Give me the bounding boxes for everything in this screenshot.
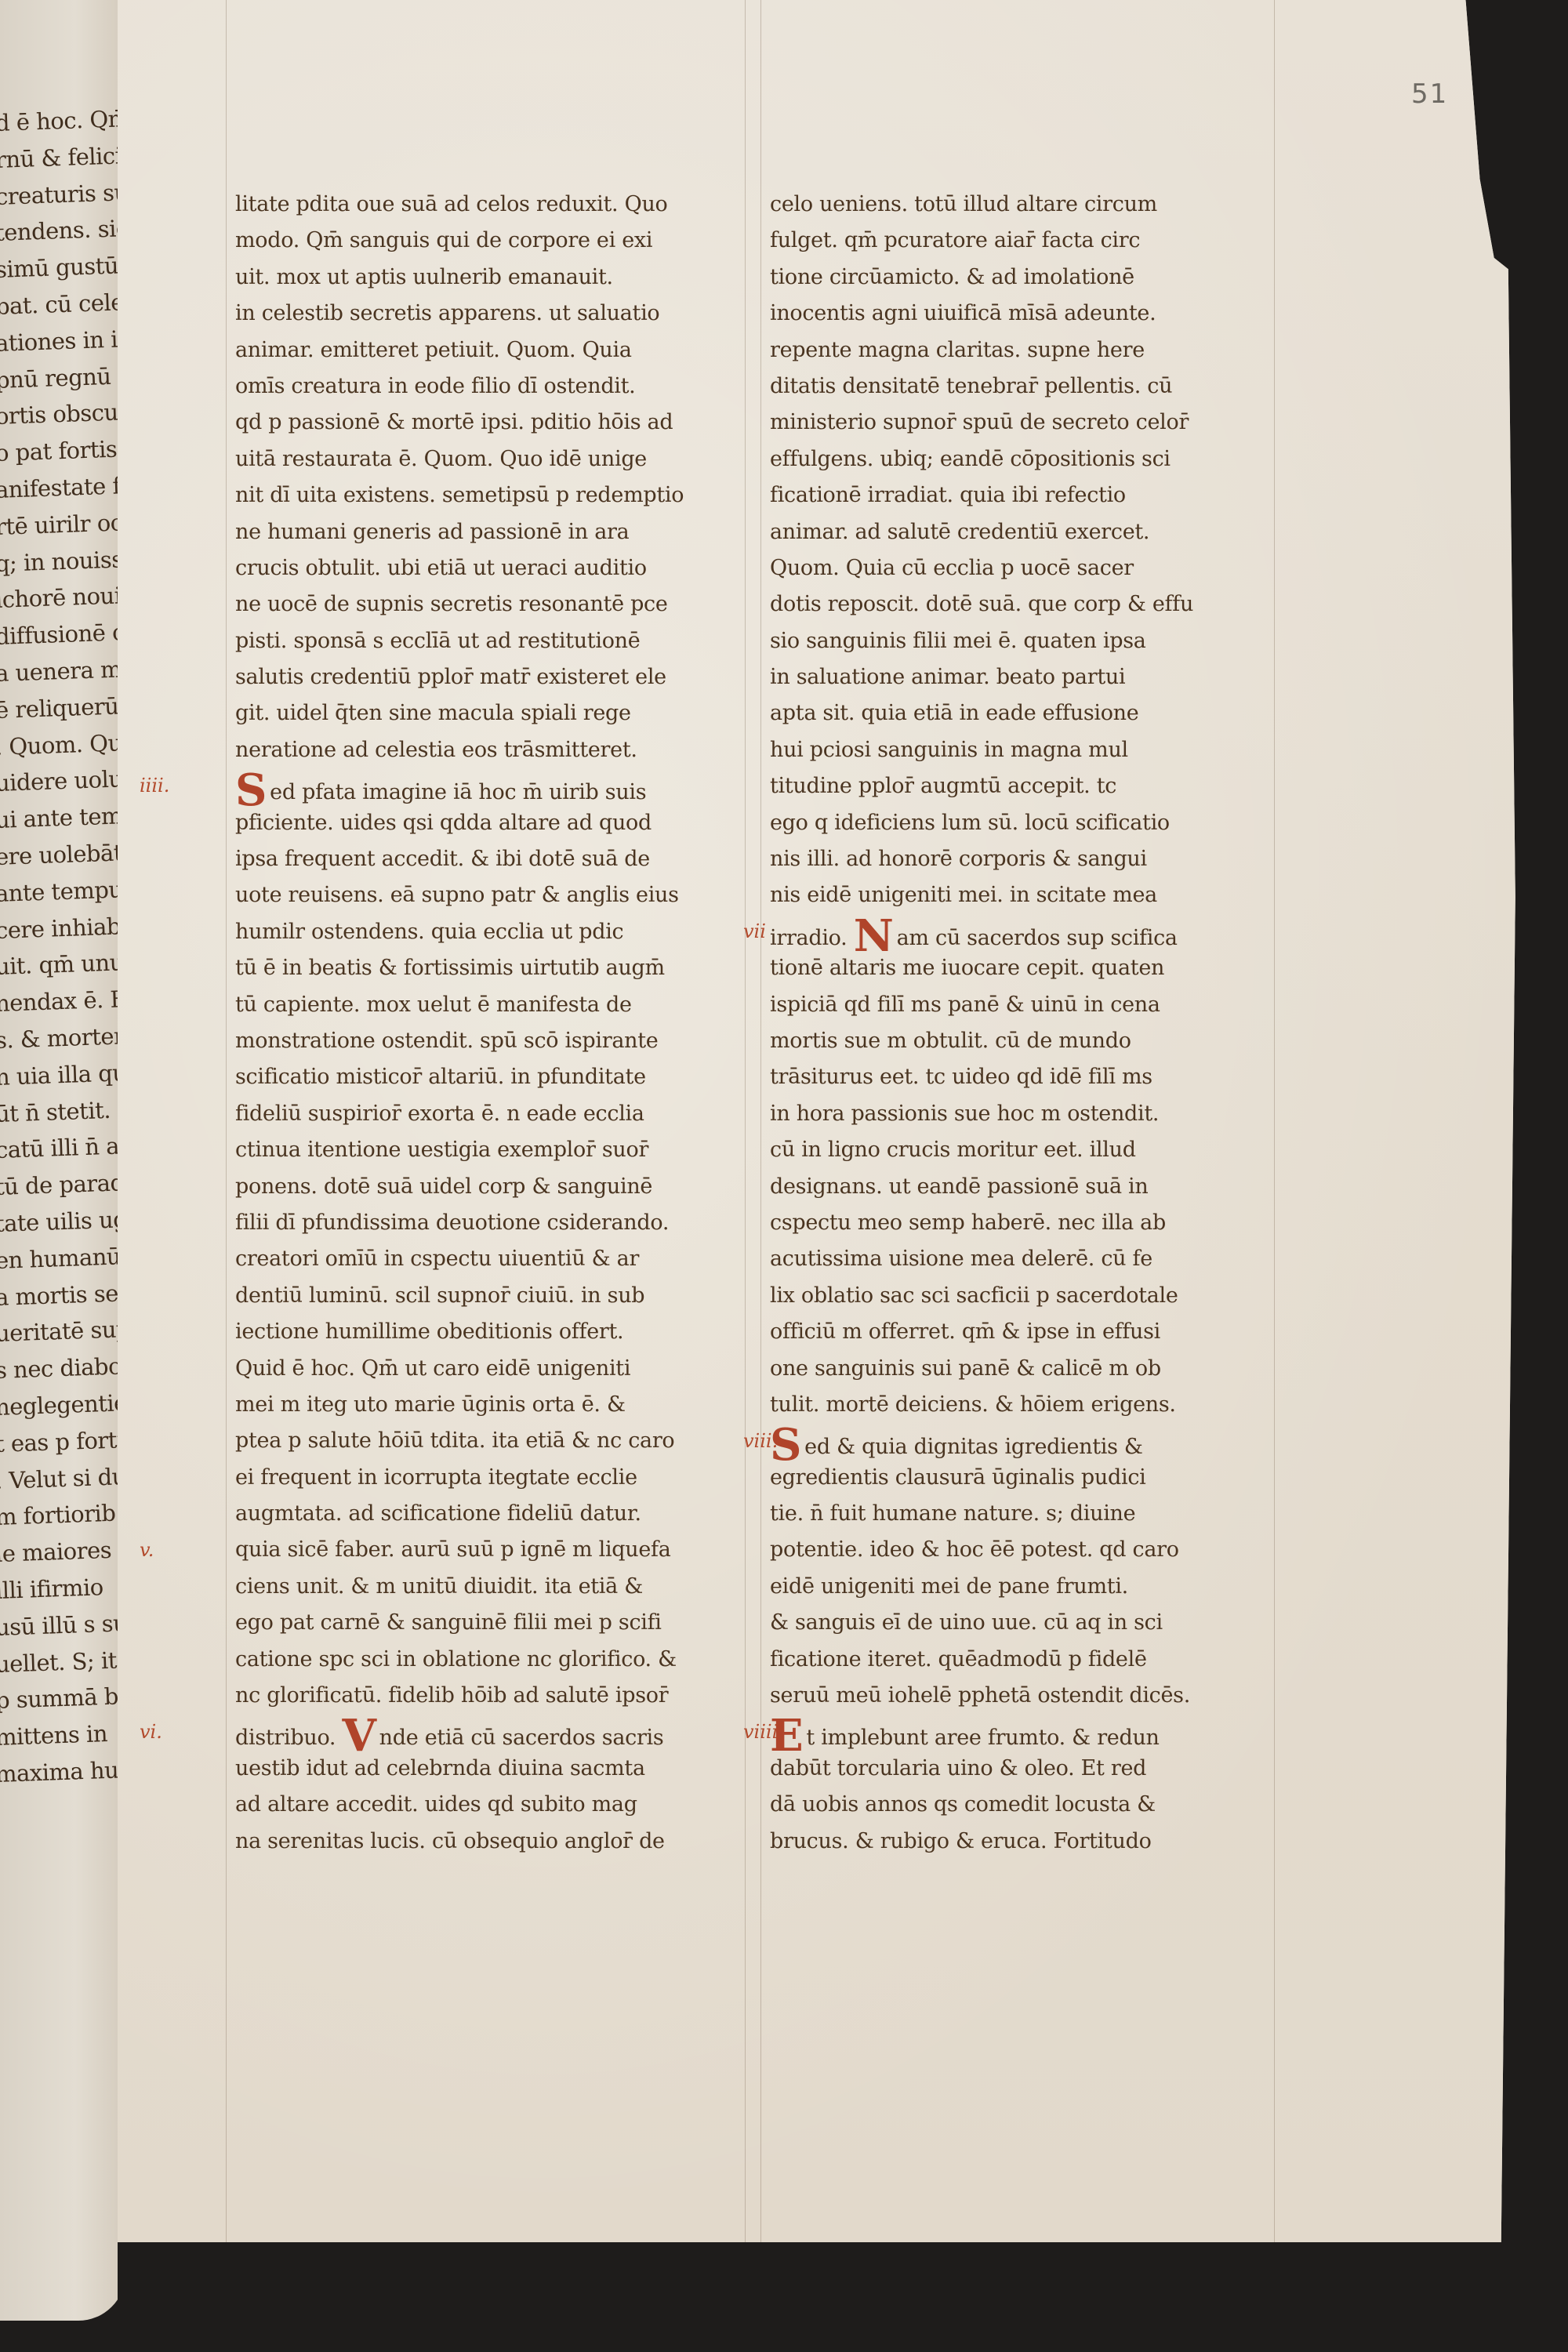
line-text: acutissima uisione mea delerē. cū fe: [770, 1247, 1152, 1271]
manuscript-line: dabūt torcularia uino & oleo. Et red: [770, 1751, 1272, 1787]
manuscript-line: inocentis agni uiuificā mīsā adeunte.: [770, 296, 1272, 332]
facing-page-line: ueritatē supbe: [0, 1315, 125, 1347]
manuscript-line: nit dī uita existens. semetipsū p redemp…: [235, 477, 737, 514]
facing-page-line: ere uolebāt.: [0, 839, 125, 870]
facing-page-line: ationes in ipso: [0, 325, 125, 357]
facing-page-line: ui ante temp: [0, 802, 125, 833]
manuscript-line: nis eidē unigeniti mei. in scitate mea: [770, 877, 1272, 913]
manuscript-line: acutissima uisione mea delerē. cū fe: [770, 1241, 1272, 1277]
manuscript-line: animar. ad salutē credentiū exercet.: [770, 514, 1272, 550]
manuscript-line: ne humani generis ad passionē in ara: [235, 514, 737, 550]
manuscript-line: eidē unigeniti mei de pane frumti.: [770, 1569, 1272, 1605]
manuscript-line: ipsa frequent accedit. & ibi dotē suā de: [235, 841, 737, 877]
marginal-numeral: v.: [140, 1539, 154, 1561]
manuscript-line: pisti. sponsā s ecclīā ut ad restitution…: [235, 623, 737, 659]
ruling-line: [226, 0, 227, 2242]
marginal-numeral: viii.: [743, 1430, 778, 1452]
manuscript-line: quia sicē faber. aurū suū p ignē m lique…: [235, 1532, 737, 1568]
manuscript-line: modo. Qm̄ sanguis qui de corpore ei exi: [235, 223, 737, 259]
manuscript-line: & sanguis eī de uino uue. cū aq in sci: [770, 1605, 1272, 1641]
line-text: nde etiā cū sacerdos sacris: [379, 1726, 664, 1750]
facing-page-line: s nec diaboli: [0, 1352, 125, 1384]
line-text: tione circūamicto. & ad imolationē: [770, 265, 1134, 289]
facing-page-line: ē reliquerūt.: [0, 692, 125, 724]
manuscript-line: Sed pfata imagine iā hoc m̄ uirib suis: [235, 768, 737, 804]
manuscript-line: creatori omīū in cspectu uiuentiū & ar: [235, 1241, 737, 1277]
line-text: dā uobis annos qs comedit locusta &: [770, 1792, 1156, 1817]
line-text: titudine pplor̄ augmtū accepit. tc: [770, 774, 1116, 798]
line-text: crucis obtulit. ubi etiā ut ueraci audit…: [235, 556, 647, 580]
line-text: fulget. qm̄ pcuratore aiar̄ facta circ: [770, 228, 1140, 252]
facing-page-line: ūt n̄ stetit.: [0, 1096, 111, 1127]
manuscript-line: ficatione iteret. quēadmodū p fidelē: [770, 1642, 1272, 1678]
manuscript-line: omīs creatura in eode filio dī ostendit.: [235, 368, 737, 405]
facing-page-line: ichorē nouita: [0, 582, 125, 614]
manuscript-line: distribuo. Vnde etiā cū sacerdos sacris: [235, 1714, 737, 1750]
manuscript-line: mei m iteg uto marie ūginis orta ē. &: [235, 1387, 737, 1423]
manuscript-line: Sed & quia dignitas igredientis &: [770, 1423, 1272, 1459]
manuscript-line: sio sanguinis filii mei ē. quaten ipsa: [770, 623, 1272, 659]
facing-page-line: le maiores: [0, 1537, 112, 1567]
line-text: ipsa frequent accedit. & ibi dotē suā de: [235, 847, 650, 871]
manuscript-line: augmtata. ad scificatione fideliū datur.: [235, 1496, 737, 1532]
manuscript-line: in hora passionis sue hoc m ostendit.: [770, 1096, 1272, 1132]
line-text: augmtata. ad scificatione fideliū datur.: [235, 1501, 641, 1526]
line-text: na serenitas lucis. cū obsequio anglor̄ …: [235, 1829, 665, 1853]
line-text: quia sicē faber. aurū suū p ignē m lique…: [235, 1537, 671, 1562]
manuscript-line: qd p passionē & mortē ipsi. pditio hōis …: [235, 405, 737, 441]
manuscript-line: ego q ideficiens lum sū. locū scificatio: [770, 805, 1272, 841]
marginal-numeral: vii: [743, 920, 766, 942]
facing-page-verso: d ē hoc. Qm̄ dsrnū & felicitatūcreaturis…: [0, 0, 125, 2321]
manuscript-line: effulgens. ubiq; eandē cōpositionis sci: [770, 441, 1272, 477]
facing-page-line: uit. qm̄ unus: [0, 949, 125, 980]
line-text: cspectu meo semp haberē. nec illa ab: [770, 1210, 1166, 1235]
manuscript-line: lix oblatio sac sci sacficii p sacerdota…: [770, 1278, 1272, 1314]
manuscript-line: Quid ē hoc. Qm̄ ut caro eidē unigeniti: [235, 1351, 737, 1387]
line-text: apta sit. quia etiā in eade effusione: [770, 701, 1138, 725]
line-text: tulit. mortē deiciens. & hōiem erigens.: [770, 1392, 1176, 1417]
manuscript-line: pficiente. uides qsi qdda altare ad quod: [235, 805, 737, 841]
manuscript-line: tie. n̄ fuit humane nature. s; diuine: [770, 1496, 1272, 1532]
manuscript-line: designans. ut eandē passionē suā in: [770, 1169, 1272, 1205]
facing-page-line: ortis obscuratū: [0, 397, 125, 430]
line-text: egredientis clausurā ūginalis pudici: [770, 1465, 1146, 1490]
line-text: hui pciosi sanguinis in magna mul: [770, 738, 1128, 762]
manuscript-line: potentie. ideo & hoc ēē potest. qd caro: [770, 1532, 1272, 1568]
manuscript-line: monstratione ostendit. spū scō ispirante: [235, 1023, 737, 1059]
manuscript-line: ispiciā qd filī ms panē & uinū in cena: [770, 987, 1272, 1023]
manuscript-line: fulget. qm̄ pcuratore aiar̄ facta circ: [770, 223, 1272, 259]
manuscript-line: tū capiente. mox uelut ē manifesta de: [235, 987, 737, 1023]
line-text: am cū sacerdos sup scifica: [897, 926, 1178, 950]
manuscript-line: ego pat carnē & sanguinē filii mei p sci…: [235, 1605, 737, 1641]
line-text: iectione humillime obeditionis offert.: [235, 1319, 623, 1344]
facing-page-line: anifestate fē.: [0, 472, 125, 503]
manuscript-line: ditatis densitatē tenebrar̄ pellentis. c…: [770, 368, 1272, 405]
line-text: Quom. Quia cū ecclia p uocē sacer: [770, 556, 1134, 580]
line-text: humilr ostendens. quia ecclia ut pdic: [235, 920, 623, 944]
line-text: tū ē in beatis & fortissimis uirtutib au…: [235, 956, 665, 980]
line-prefix: distribuo.: [235, 1726, 343, 1750]
line-text: uitā restaurata ē. Quom. Quo idē unige: [235, 447, 647, 471]
line-text: modo. Qm̄ sanguis qui de corpore ei exi: [235, 228, 652, 252]
line-text: scificatio misticor̄ altariū. in pfundit…: [235, 1065, 646, 1089]
manuscript-line: tione circūamicto. & ad imolationē: [770, 260, 1272, 296]
line-text: ispiciā qd filī ms panē & uinū in cena: [770, 993, 1160, 1017]
manuscript-line: cū in ligno crucis moritur eet. illud: [770, 1132, 1272, 1168]
line-text: nc glorificatū. fidelib hōib ad salutē i…: [235, 1683, 668, 1708]
manuscript-line: uitā restaurata ē. Quom. Quo idē unige: [235, 441, 737, 477]
line-text: cū in ligno crucis moritur eet. illud: [770, 1138, 1136, 1162]
facing-page-line: nendax ē. H: [0, 985, 125, 1017]
facing-page-line: maxima hui: [0, 1756, 125, 1788]
line-text: uote reuisens. eā supno patr & anglis ei…: [235, 883, 679, 907]
manuscript-line: tulit. mortē deiciens. & hōiem erigens.: [770, 1387, 1272, 1423]
manuscript-line: salutis credentiū pplor̄ matr̄ existeret…: [235, 659, 737, 695]
line-text: seruū meū iohelē pphetā ostendit dicēs.: [770, 1683, 1190, 1708]
facing-page-line: en humanū: [0, 1243, 122, 1274]
line-text: git. uidel q̄ten sine macula spiali rege: [235, 701, 631, 725]
line-text: repente magna claritas. supne here: [770, 338, 1145, 362]
line-text: pisti. sponsā s ecclīā ut ad restitution…: [235, 629, 640, 653]
facing-page-line: ante tempus: [0, 876, 125, 907]
manuscript-line: iectione humillime obeditionis offert.: [235, 1314, 737, 1350]
manuscript-line: scificatio misticor̄ altariū. in pfundit…: [235, 1059, 737, 1095]
ruling-line: [1274, 0, 1275, 2242]
manuscript-line: ad altare accedit. uides qd subito mag: [235, 1787, 737, 1823]
facing-page-line: o pat fortissime: [0, 434, 125, 466]
facing-page-line: a uenera ma: [0, 655, 125, 687]
line-text: nis illi. ad honorē corporis & sangui: [770, 847, 1147, 871]
line-text: officiū m offerret. qm̄ & ipse in effusi: [770, 1319, 1160, 1344]
manuscript-line: ptea p salute hōiū tdita. ita etiā & nc …: [235, 1423, 737, 1459]
manuscript-line: dotis reposcit. dotē suā. que corp & eff…: [770, 586, 1272, 622]
line-text: celo ueniens. totū illud altare circum: [770, 192, 1157, 216]
manuscript-line: ei frequent in icorrupta itegtate ecclie: [235, 1460, 737, 1496]
facing-page-line: rtē uirilr oc: [0, 509, 123, 540]
manuscript-line: hui pciosi sanguinis in magna mul: [770, 732, 1272, 768]
line-text: litate pdita oue suā ad celos reduxit. Q…: [235, 192, 668, 216]
manuscript-line: fideliū suspirior̄ exorta ē. n eade eccl…: [235, 1096, 737, 1132]
facing-page-line: p summā boni: [0, 1682, 125, 1714]
facing-page-line: usū illū s sub: [0, 1609, 125, 1640]
manuscript-line: neratione ad celestia eos trāsmitteret.: [235, 732, 737, 768]
line-text: mortis sue m obtulit. cū de mundo: [770, 1029, 1131, 1053]
line-text: uestib idut ad celebrnda diuina sacmta: [235, 1756, 645, 1780]
line-text: ego pat carnē & sanguinē filii mei p sci…: [235, 1610, 662, 1635]
facing-page-line: rnū & felicitatū: [0, 140, 125, 173]
manuscript-line: nis illi. ad honorē corporis & sangui: [770, 841, 1272, 877]
manuscript-line: apta sit. quia etiā in eade effusione: [770, 695, 1272, 731]
facing-page-line: diffusionē cor: [0, 618, 125, 650]
line-text: effulgens. ubiq; eandē cōpositionis sci: [770, 447, 1171, 471]
manuscript-line: ciens unit. & m unitū diuidit. ita etiā …: [235, 1569, 737, 1605]
manuscript-line: na serenitas lucis. cū obsequio anglor̄ …: [235, 1824, 737, 1860]
facing-page-line: mittens in: [0, 1720, 107, 1751]
facing-page-line: uidere uoluer.: [0, 764, 125, 797]
manuscript-line: in saluatione animar. beato partui: [770, 659, 1272, 695]
line-text: trāsiturus eet. tc uideo qd idē filī ms: [770, 1065, 1152, 1089]
manuscript-line: tū ē in beatis & fortissimis uirtutib au…: [235, 950, 737, 986]
text-column-right: celo ueniens. totū illud altare circumfu…: [770, 187, 1272, 1860]
marginal-numeral: viiii: [743, 1721, 778, 1743]
manuscript-line: seruū meū iohelē pphetā ostendit dicēs.: [770, 1678, 1272, 1714]
manuscript-line: dā uobis annos qs comedit locusta &: [770, 1787, 1272, 1823]
manuscript-line: crucis obtulit. ubi etiā ut ueraci audit…: [235, 550, 737, 586]
line-text: catione spc sci in oblatione nc glorific…: [235, 1647, 677, 1671]
facing-page-line: n uia illa qua: [0, 1058, 125, 1090]
manuscript-line: titudine pplor̄ augmtū accepit. tc: [770, 768, 1272, 804]
manuscript-line: nc glorificatū. fidelib hōib ad salutē i…: [235, 1678, 737, 1714]
line-text: t implebunt aree frumto. & redun: [806, 1726, 1159, 1750]
manuscript-line: mortis sue m obtulit. cū de mundo: [770, 1023, 1272, 1059]
manuscript-line: uote reuisens. eā supno patr & anglis ei…: [235, 877, 737, 913]
line-text: eidē unigeniti mei de pane frumti.: [770, 1574, 1128, 1599]
manuscript-line: brucus. & rubigo & eruca. Fortitudo: [770, 1824, 1272, 1860]
line-text: dentiū luminū. scil supnor̄ ciuiū. in su…: [235, 1283, 644, 1308]
ruling-line: [745, 0, 746, 2242]
facing-page-line: uellet. S; ita: [0, 1646, 125, 1678]
line-text: ficationē irradiat. quia ibi refectio: [770, 483, 1126, 507]
manuscript-line: ficationē irradiat. quia ibi refectio: [770, 477, 1272, 514]
line-text: nis eidē unigeniti mei. in scitate mea: [770, 883, 1157, 907]
line-text: ministerio supnor̄ spuū de secreto celor…: [770, 410, 1189, 434]
facing-page-line: illi ifirmio: [0, 1573, 103, 1604]
line-text: inocentis agni uiuificā mīsā adeunte.: [770, 301, 1156, 325]
facing-page-line: neglegentie: [0, 1389, 125, 1421]
line-text: brucus. & rubigo & eruca. Fortitudo: [770, 1829, 1152, 1853]
line-text: omīs creatura in eode filio dī ostendit.: [235, 374, 635, 398]
line-text: neratione ad celestia eos trāsmitteret.: [235, 738, 637, 762]
facing-page-line: . Velut si duo: [0, 1462, 125, 1494]
manuscript-line: repente magna claritas. supne here: [770, 332, 1272, 368]
line-text: ctinua itentione uestigia exemplor̄ suor…: [235, 1138, 648, 1162]
line-text: ne humani generis ad passionē in ara: [235, 520, 629, 544]
manuscript-line: uestib idut ad celebrnda diuina sacmta: [235, 1751, 737, 1787]
facing-page-line: s. & mortem: [0, 1022, 125, 1054]
manuscript-line: humilr ostendens. quia ecclia ut pdic: [235, 914, 737, 950]
manuscript-line: litate pdita oue suā ad celos reduxit. Q…: [235, 187, 737, 223]
folio-number: 51: [1411, 78, 1448, 110]
manuscript-line: one sanguinis sui panē & calicē m ob: [770, 1351, 1272, 1387]
marginal-numeral: iiii.: [140, 775, 169, 797]
manuscript-line: ponens. dotē suā uidel corp & sanguinē: [235, 1169, 737, 1205]
line-text: in celestib secretis apparens. ut saluat…: [235, 301, 659, 325]
manuscript-line: Et implebunt aree frumto. & redun: [770, 1714, 1272, 1750]
manuscript-line: cspectu meo semp haberē. nec illa ab: [770, 1205, 1272, 1241]
facing-page-line: pnū regnū re: [0, 361, 125, 393]
manuscript-line: dentiū luminū. scil supnor̄ ciuiū. in su…: [235, 1278, 737, 1314]
manuscript-line: git. uidel q̄ten sine macula spiali rege: [235, 695, 737, 731]
line-text: tie. n̄ fuit humane nature. s; diuine: [770, 1501, 1135, 1526]
line-text: creatori omīū in cspectu uiuentiū & ar: [235, 1247, 639, 1271]
line-text: tū capiente. mox uelut ē manifesta de: [235, 993, 632, 1017]
manuscript-line: catione spc sci in oblatione nc glorific…: [235, 1642, 737, 1678]
facing-page-line: cere inhiabāt.: [0, 912, 125, 944]
manuscript-line: egredientis clausurā ūginalis pudici: [770, 1460, 1272, 1496]
line-text: salutis credentiū pplor̄ matr̄ existeret…: [235, 665, 666, 689]
line-text: sio sanguinis filii mei ē. quaten ipsa: [770, 629, 1146, 653]
manuscript-line: officiū m offerret. qm̄ & ipse in effusi: [770, 1314, 1272, 1350]
line-text: ptea p salute hōiū tdita. ita etiā & nc …: [235, 1428, 674, 1453]
line-text: uit. mox ut aptis uulnerib emanauit.: [235, 265, 613, 289]
line-text: ponens. dotē suā uidel corp & sanguinē: [235, 1174, 652, 1199]
ruling-line: [760, 0, 761, 2242]
manuscript-line: uit. mox ut aptis uulnerib emanauit.: [235, 260, 737, 296]
line-text: ed & quia dignitas igredientis &: [804, 1435, 1143, 1459]
facing-page-line: t eas p forti: [0, 1426, 124, 1457]
manuscript-line: ministerio supnor̄ spuū de secreto celor…: [770, 405, 1272, 441]
line-text: ficatione iteret. quēadmodū p fidelē: [770, 1647, 1147, 1671]
manuscript-line: ne uocē de supnis secretis resonantē pce: [235, 586, 737, 622]
facing-page-line: catū illi n̄ ama: [0, 1131, 125, 1163]
manuscript-line: animar. emitteret petiuit. Quom. Quia: [235, 332, 737, 368]
manuscript-line: irradio. Nam cū sacerdos sup scifica: [770, 914, 1272, 950]
line-text: ciens unit. & m unitū diuidit. ita etiā …: [235, 1574, 643, 1599]
line-text: animar. emitteret petiuit. Quom. Quia: [235, 338, 632, 362]
background-surface: [118, 2242, 1568, 2352]
facing-page-line: a mortis se: [0, 1279, 118, 1310]
manuscript-line: Quom. Quia cū ecclia p uocē sacer: [770, 550, 1272, 586]
facing-page-line: simū gustū in: [0, 251, 125, 283]
line-text: mei m iteg uto marie ūginis orta ē. &: [235, 1392, 626, 1417]
manuscript-line: tionē altaris me iuocare cepit. quaten: [770, 950, 1272, 986]
line-text: potentie. ideo & hoc ēē potest. qd caro: [770, 1537, 1179, 1562]
line-text: & sanguis eī de uino uue. cū aq in sci: [770, 1610, 1163, 1635]
line-text: dabūt torcularia uino & oleo. Et red: [770, 1756, 1146, 1780]
facing-page-line: q; in nouissimo: [0, 544, 125, 576]
line-text: monstratione ostendit. spū scō ispirante: [235, 1029, 658, 1053]
line-text: ei frequent in icorrupta itegtate ecclie: [235, 1465, 637, 1490]
manuscript-line: celo ueniens. totū illud altare circum: [770, 187, 1272, 223]
line-text: tionē altaris me iuocare cepit. quaten: [770, 956, 1164, 980]
line-text: in hora passionis sue hoc m ostendit.: [770, 1102, 1159, 1126]
facing-page-line: tate uilis ugn: [0, 1206, 125, 1237]
facing-page-line: tendens. sic etiā: [0, 213, 125, 246]
line-text: in saluatione animar. beato partui: [770, 665, 1125, 689]
line-text: nit dī uita existens. semetipsū p redemp…: [235, 483, 684, 507]
line-text: fideliū suspirior̄ exorta ē. n eade eccl…: [235, 1102, 644, 1126]
text-column-left: litate pdita oue suā ad celos reduxit. Q…: [235, 187, 737, 1860]
line-text: qd p passionē & mortē ipsi. pditio hōis …: [235, 410, 673, 434]
line-text: lix oblatio sac sci sacficii p sacerdota…: [770, 1283, 1178, 1308]
line-text: one sanguinis sui panē & calicē m ob: [770, 1356, 1161, 1381]
line-text: ego q ideficiens lum sū. locū scificatio: [770, 811, 1170, 835]
manuscript-line: filii dī pfundissima deuotione csiderand…: [235, 1205, 737, 1241]
line-text: animar. ad salutē credentiū exercet.: [770, 520, 1149, 544]
line-text: ne uocē de supnis secretis resonantē pce: [235, 592, 668, 616]
marginal-numeral: vi.: [140, 1721, 162, 1743]
line-text: Quid ē hoc. Qm̄ ut caro eidē unigeniti: [235, 1356, 630, 1381]
manuscript-line: trāsiturus eet. tc uideo qd idē filī ms: [770, 1059, 1272, 1095]
manuscript-line: ctinua itentione uestigia exemplor̄ suor…: [235, 1132, 737, 1168]
line-text: ad altare accedit. uides qd subito mag: [235, 1792, 637, 1817]
line-text: ditatis densitatē tenebrar̄ pellentis. c…: [770, 374, 1172, 398]
line-text: pficiente. uides qsi qdda altare ad quod: [235, 811, 652, 835]
facing-page-line: m fortiorib: [0, 1500, 116, 1530]
line-text: designans. ut eandē passionē suā in: [770, 1174, 1148, 1199]
manuscript-line: in celestib secretis apparens. ut saluat…: [235, 296, 737, 332]
facing-page-line: . Quom. Quia: [0, 728, 125, 760]
facing-page-line: creaturis suis: [0, 178, 125, 210]
facing-page-line: d ē hoc. Qm̄ ds: [0, 104, 125, 136]
facing-page-line: bat. cū celestes: [0, 287, 125, 320]
line-text: dotis reposcit. dotē suā. que corp & eff…: [770, 592, 1193, 616]
line-text: filii dī pfundissima deuotione csiderand…: [235, 1210, 669, 1235]
line-prefix: irradio.: [770, 926, 854, 950]
line-text: ed pfata imagine iā hoc m̄ uirib suis: [270, 780, 646, 804]
facing-page-line: tū de paradi: [0, 1169, 125, 1200]
